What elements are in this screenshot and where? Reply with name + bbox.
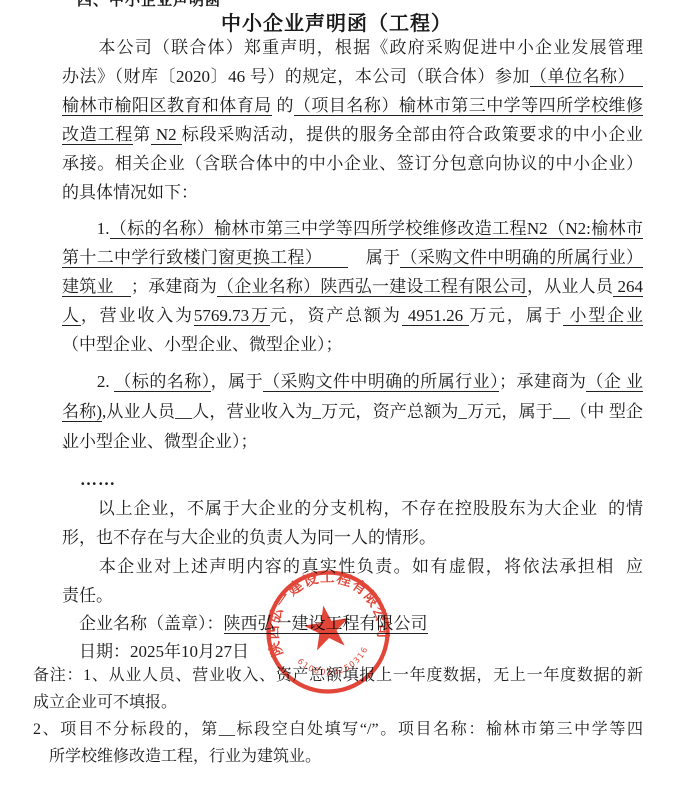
doc-line: 榆林市榆阳区教育和体育局 的（项目名称）榆林市第三中学等四所学校维修 xyxy=(62,91,643,120)
document-page: { "page": { "clipped_heading": "四、中小企业声明… xyxy=(0,0,673,799)
doc-line: 企业名称（盖章）：陕西弘一建设工程有限公司 xyxy=(62,610,643,638)
doc-line: 备注：1、从业人员、营业收入、资产总额填报上一年度数据，无上一年度数据的新 xyxy=(33,662,643,689)
intro-paragraph: 本公司（联合体）郑重声明，根据《政府采购促进中小企业发展管理办法》（财库〔202… xyxy=(62,33,643,207)
doc-line: 人，营业收入为5769.73万元，资产总额为 4951.26 万元，属于 小型企… xyxy=(62,301,643,330)
doc-line: 办法》（财库〔2020〕46 号）的规定，本公司（联合体）参加（单位名称） xyxy=(62,62,643,91)
doc-line: （中型企业、小型企业、微型企业）； xyxy=(62,330,643,359)
ellipsis-line: …… xyxy=(62,465,643,494)
document-title: 中小企业声明函（工程） xyxy=(0,7,673,36)
item-1-paragraph: 1.（标的名称）榆林市第三中学等四所学校维修改造工程N2（N2:榆林市第十二中学… xyxy=(62,214,643,359)
doc-line: 第十二中学行致楼门窗更换工程） 属于（采购文件中明确的所属行业） xyxy=(62,243,643,272)
doc-line: 以上企业，不属于大企业的分支机构，不存在控股股东为大企业 的情 xyxy=(62,494,643,523)
doc-line: 的具体情况如下： xyxy=(62,178,643,207)
item-2-paragraph: 2. （标的名称），属于（采购文件中明确的所属行业）；承建商为（企 业名称),从… xyxy=(62,367,643,457)
doc-line: …… xyxy=(62,465,643,494)
doc-line: 形，也不存在与大企业的负责人为同一人的情形。 xyxy=(62,523,643,552)
doc-line: 本公司（联合体）郑重声明，根据《政府采购促进中小企业发展管理 xyxy=(62,33,643,62)
doc-line: 承接。相关企业（含联合体中的中小企业、签订分包意向协议的中小企业） xyxy=(62,149,643,178)
doc-line: 2. （标的名称），属于（采购文件中明确的所属行业）；承建商为（企 业 xyxy=(62,367,643,397)
doc-line: 名称),从业人员__人，营业收入为_万元，资产总额为_万元，属于__（中 型企业 xyxy=(62,397,643,427)
notes-block: 备注：1、从业人员、营业收入、资产总额填报上一年度数据，无上一年度数据的新成立企… xyxy=(33,662,643,770)
doc-line: 1.（标的名称）榆林市第三中学等四所学校维修改造工程N2（N2:榆林市 xyxy=(62,214,643,243)
doc-line: 2、项目不分标段的，第__标段空白处填写“/”。项目名称：榆林市第三中学等四 xyxy=(33,716,643,743)
doc-line: 所学校维修改造工程，行业为建筑业。 xyxy=(33,743,643,770)
doc-line: 改造工程第 N2 标段采购活动，提供的服务全部由符合政策要求的中小企业 xyxy=(62,120,643,149)
doc-line: 本企业对上述声明内容的真实性负责。如有虚假，将依法承担相 应 xyxy=(62,552,643,581)
closing-paragraphs: 以上企业，不属于大企业的分支机构，不存在控股股东为大企业 的情形，也不存在与大企… xyxy=(62,494,643,610)
doc-line: 、小型企业、微型企业）； xyxy=(62,427,643,457)
doc-line: 责任。 xyxy=(62,581,643,610)
document-body: 本公司（联合体）郑重声明，根据《政府采购促进中小企业发展管理办法》（财库〔202… xyxy=(62,33,643,770)
signature-block: 企业名称（盖章）：陕西弘一建设工程有限公司 日期：2025年10月27日 xyxy=(62,610,643,666)
doc-line: 建筑业 ；承建商为（企业名称）陕西弘一建设工程有限公司，从业人员 264 xyxy=(62,272,643,301)
doc-line: 成立企业可不填报。 xyxy=(33,689,643,716)
